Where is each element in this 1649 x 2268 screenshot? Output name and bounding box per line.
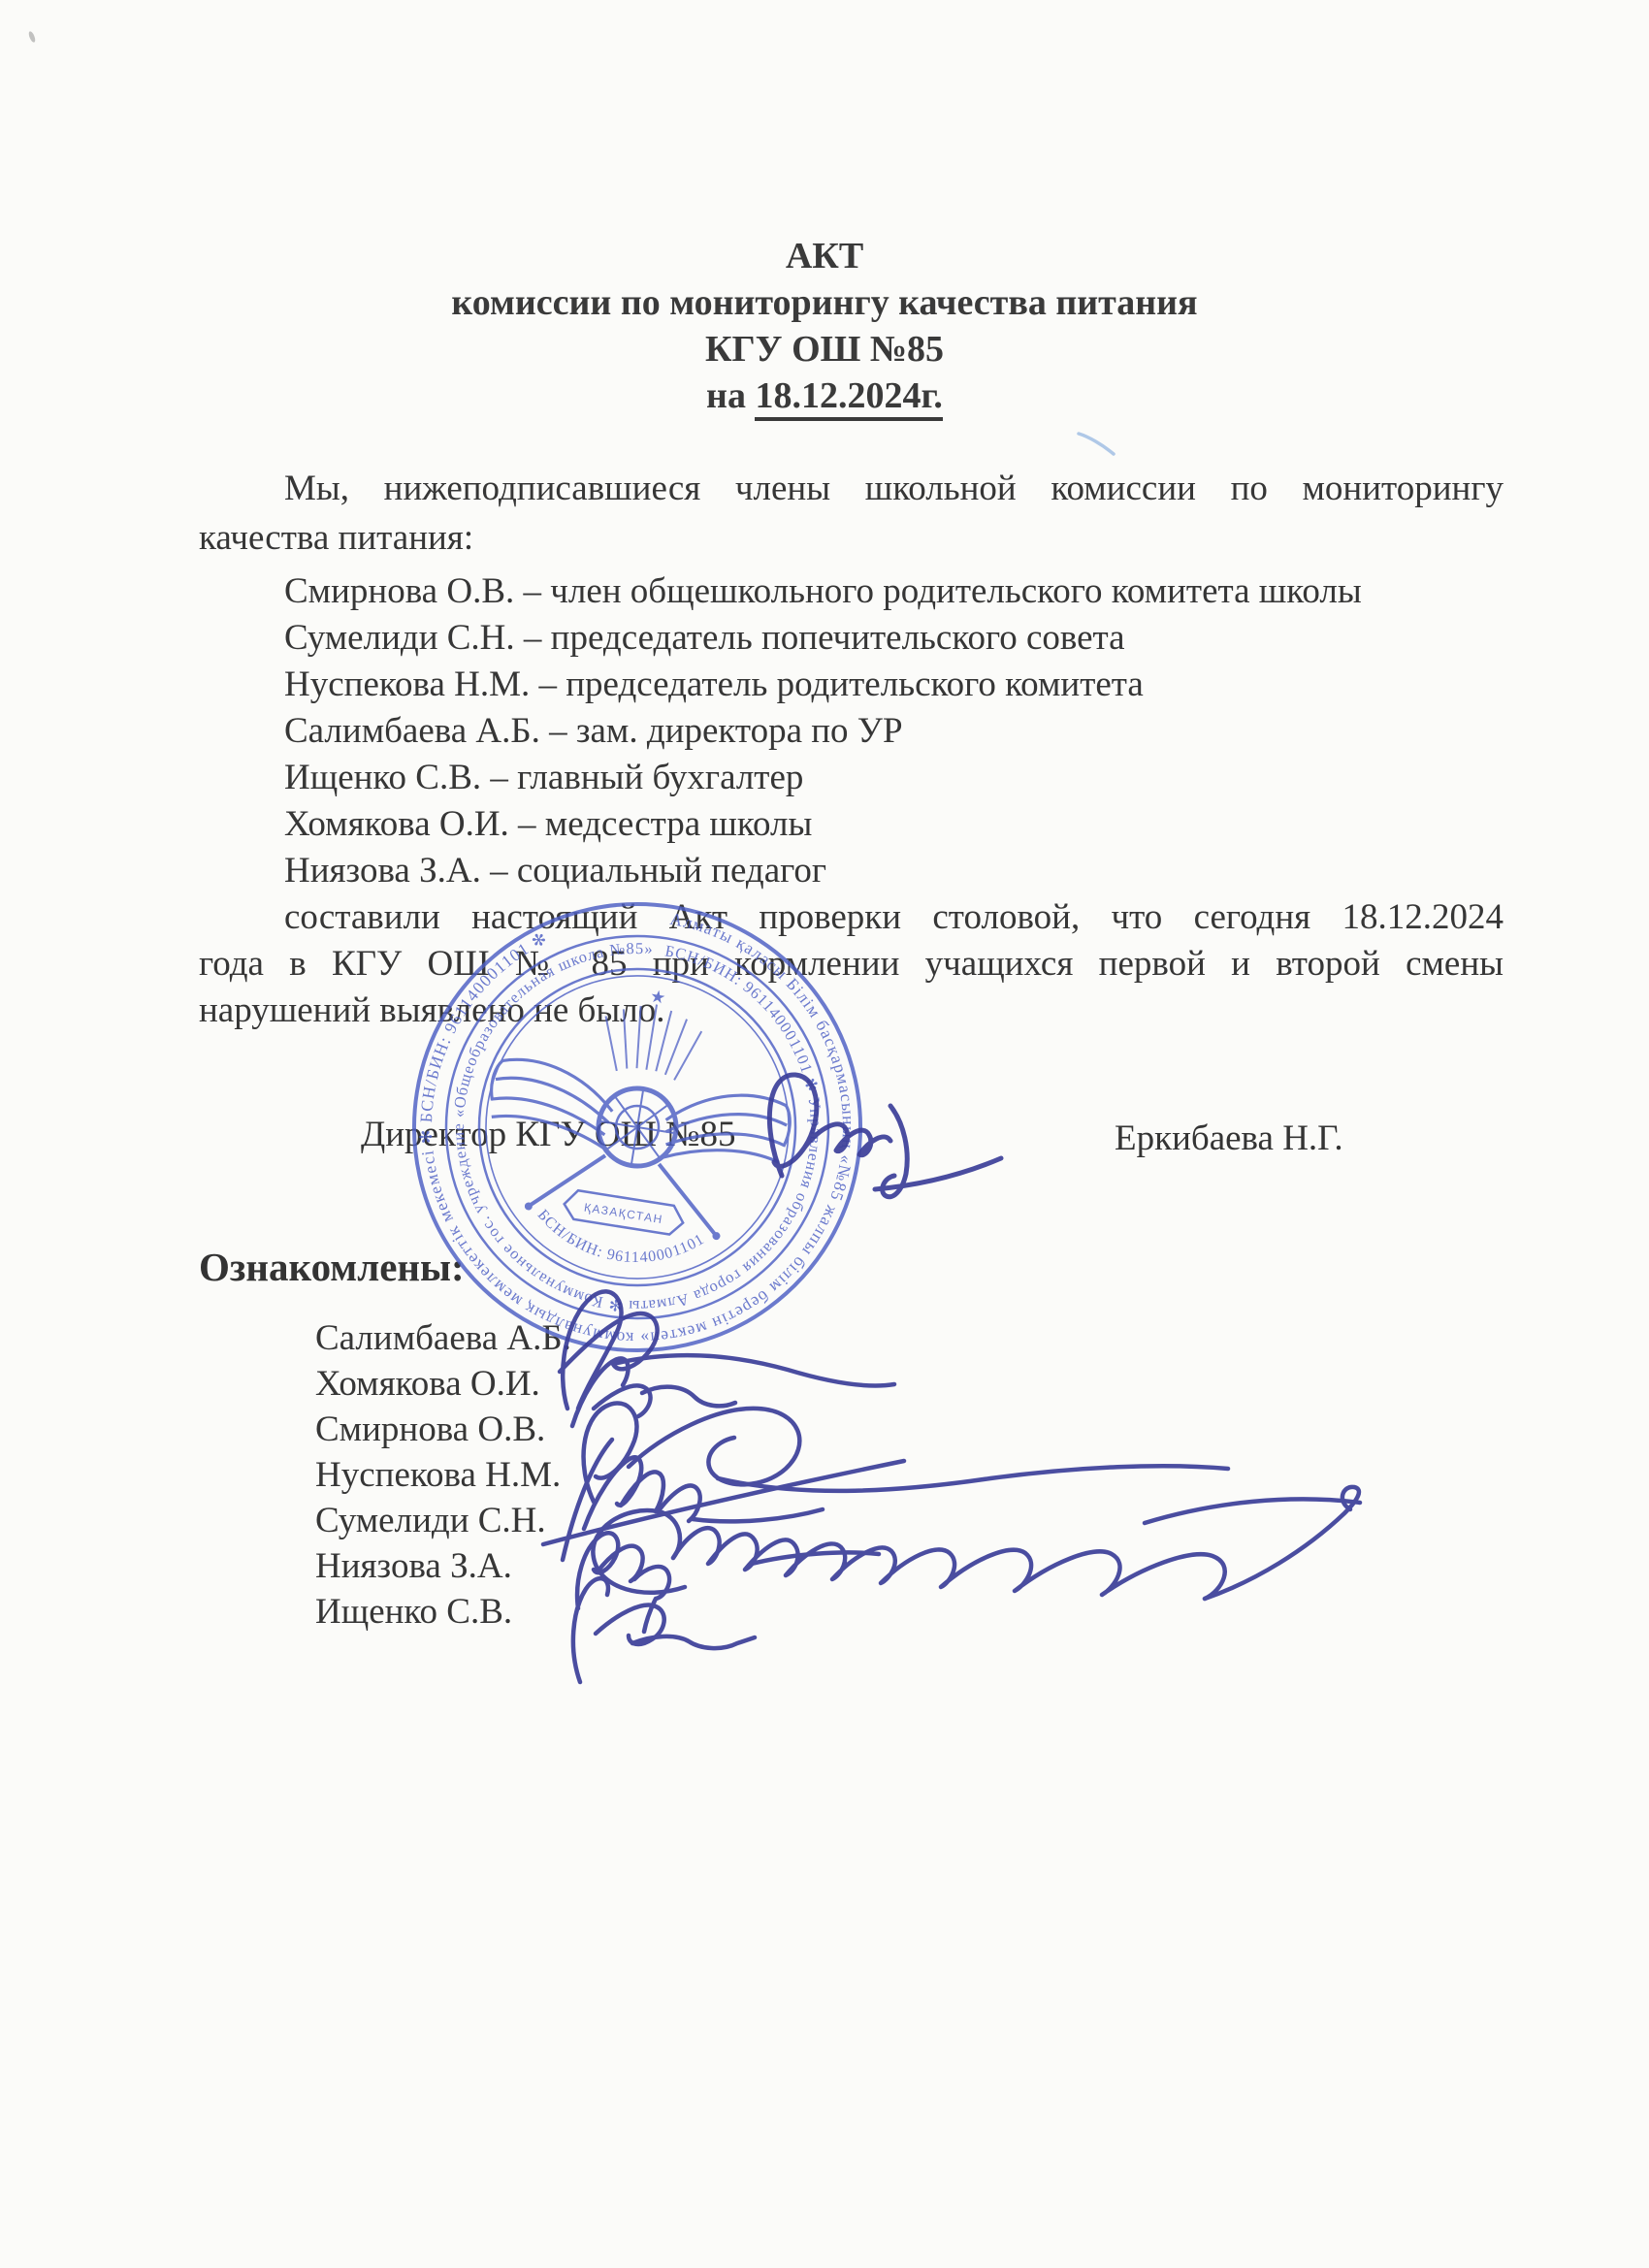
signature-khomyakova [572, 1358, 735, 1426]
member-item: Хомякова О.И. – медсестра школы [199, 801, 1503, 848]
director-name: Еркибаева Н.Г. [1115, 1118, 1343, 1159]
member-item: Сумелиди С.Н. – председатель попечительс… [199, 615, 1503, 662]
acknowledged-name: Смирнова О.В. [315, 1407, 571, 1452]
intro-line: качества питания: [199, 513, 1503, 563]
commission-member-list: Смирнова О.В. – член общешкольного родит… [199, 568, 1503, 894]
acknowledged-name-list: Салимбаева А.Б. Хомякова О.И. Смирнова О… [315, 1315, 571, 1635]
stamp-bin-text: БСН/БИН: 961140001101 [529, 1205, 709, 1278]
member-item: Салимбаева А.Б. – зам. директора по УР [199, 708, 1503, 755]
acknowledged-heading: Ознакомлены: [199, 1244, 465, 1290]
stamp-banner-text: ҚАЗАҚСТАН [583, 1201, 664, 1227]
document-date: 18.12.2024г. [755, 375, 942, 421]
title-line-commission: комиссии по мониторингу качества питания [0, 279, 1649, 326]
scanned-document-page: АКТ комиссии по мониторингу качества пит… [0, 0, 1649, 2268]
signature-director [769, 1075, 1001, 1197]
title-line-act: АКТ [0, 233, 1649, 279]
conclusion-line: составили настоящий Акт проверки столово… [199, 894, 1503, 941]
member-item: Ниязова З.А. – социальный педагог [199, 848, 1503, 894]
title-line-date: на 18.12.2024г. [0, 373, 1649, 419]
acknowledged-name: Нуспекова Н.М. [315, 1452, 571, 1498]
stray-pen-mark [1079, 434, 1114, 454]
document-title: АКТ комиссии по мониторингу качества пит… [0, 233, 1649, 419]
member-item: Нуспекова Н.М. – председатель родительск… [199, 662, 1503, 708]
signature-salimbaeva [560, 1291, 894, 1409]
acknowledged-name: Хомякова О.И. [315, 1361, 571, 1407]
svg-text:БСН/БИН: 961140001101: БСН/БИН: 961140001101 [529, 1205, 709, 1278]
scan-speck [27, 31, 36, 44]
conclusion-line: нарушений выявлено не было. [199, 988, 1503, 1034]
intro-line: Мы, нижеподписавшиеся члены школьной ком… [199, 464, 1503, 513]
conclusion-line: года в КГУ ОШ № 85 при кормлении учащихс… [199, 941, 1503, 988]
date-prefix: на [706, 375, 755, 416]
acknowledged-name: Салимбаева А.Б. [315, 1315, 571, 1361]
conclusion-paragraph: составили настоящий Акт проверки столово… [199, 894, 1503, 1034]
signature-nuspekova [543, 1440, 904, 1560]
signature-sumelidi [593, 1487, 1360, 1599]
signature-niyazova [577, 1533, 879, 1632]
intro-paragraph: Мы, нижеподписавшиеся члены школьной ком… [199, 464, 1503, 563]
signature-smirnova [584, 1403, 1228, 1502]
acknowledged-name: Ищенко С.В. [315, 1589, 571, 1635]
title-line-school: КГУ ОШ №85 [0, 326, 1649, 373]
acknowledged-name: Сумелиди С.Н. [315, 1498, 571, 1543]
director-label: Директор КГУ ОШ №85 [361, 1114, 736, 1155]
member-item: Ищенко С.В. – главный бухгалтер [199, 755, 1503, 801]
document-body: Мы, нижеподписавшиеся члены школьной ком… [199, 464, 1503, 1034]
signature-ishchenko [573, 1578, 755, 1682]
member-item: Смирнова О.В. – член общешкольного родит… [199, 568, 1503, 615]
acknowledged-name: Ниязова З.А. [315, 1543, 571, 1589]
